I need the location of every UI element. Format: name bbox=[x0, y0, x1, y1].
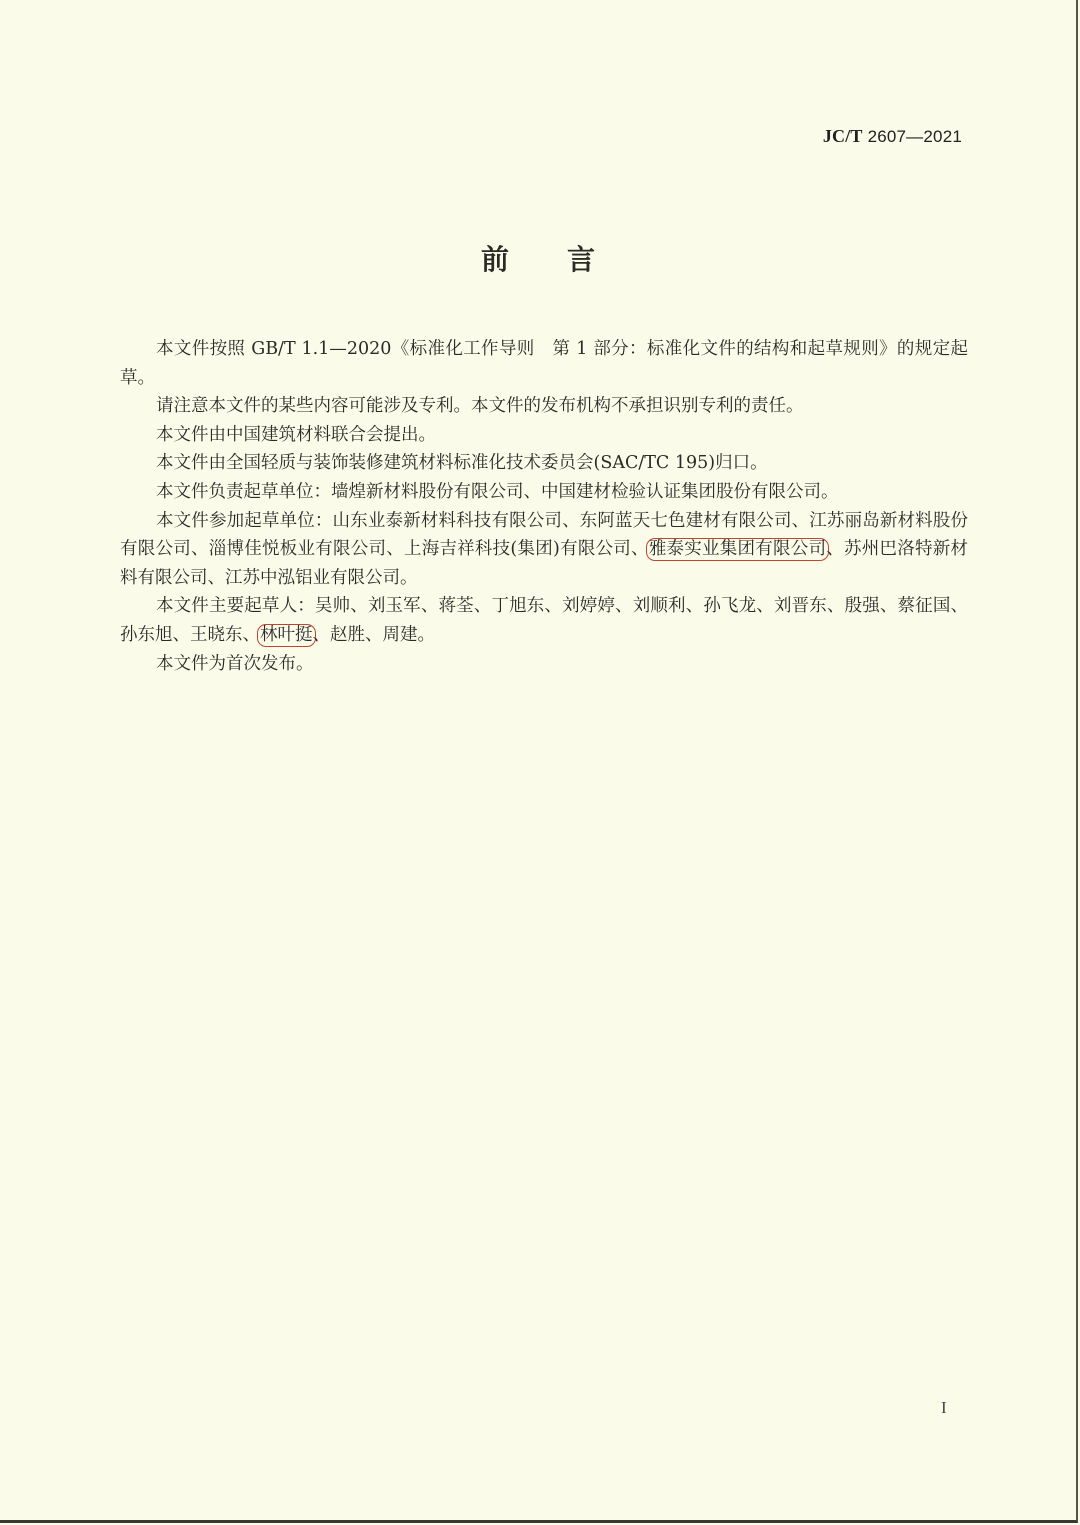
page-title: 前言 bbox=[0, 238, 1076, 278]
standard-number-value: 2607—2021 bbox=[868, 127, 962, 146]
paragraph-drafting-rules: 本文件按照 GB/T 1.1—2020《标准化工作导则 第 1 部分：标准化文件… bbox=[120, 335, 968, 392]
paragraph-participating-drafters: 本文件参加起草单位：山东业泰新材料科技有限公司、东阿蓝天七色建材有限公司、江苏丽… bbox=[120, 507, 968, 593]
highlighted-drafter: 林叶挺 bbox=[257, 624, 316, 647]
document-page: JC/T 2607—2021 前言 本文件按照 GB/T 1.1—2020《标准… bbox=[0, 0, 1078, 1523]
standard-code: JC/T bbox=[823, 126, 863, 146]
paragraph-proposer: 本文件由中国建筑材料联合会提出。 bbox=[120, 421, 968, 450]
highlighted-company: 雅泰实业集团有限公司 bbox=[646, 538, 829, 561]
title-char-2: 言 bbox=[567, 238, 595, 278]
paragraph-main-drafters: 本文件主要起草人：吴帅、刘玉军、蒋荃、丁旭东、刘婷婷、刘顺利、孙飞龙、刘晋东、殷… bbox=[120, 592, 968, 649]
paragraph-committee: 本文件由全国轻质与装饰装修建筑材料标准化技术委员会(SAC/TC 195)归口。 bbox=[120, 449, 968, 478]
paragraph-lead-drafters: 本文件负责起草单位：墙煌新材料股份有限公司、中国建材检验认证集团股份有限公司。 bbox=[120, 478, 968, 507]
page-number: I bbox=[941, 1398, 947, 1418]
standard-number: JC/T 2607—2021 bbox=[823, 126, 962, 147]
paragraph-patent-notice: 请注意本文件的某些内容可能涉及专利。本文件的发布机构不承担识别专利的责任。 bbox=[120, 392, 968, 421]
drafters-before: 本文件主要起草人：吴帅、刘玉军、蒋荃、丁旭东、刘婷婷、刘顺利、孙飞龙、刘晋东、殷… bbox=[120, 596, 968, 645]
title-char-1: 前 bbox=[481, 238, 509, 278]
paragraph-first-release: 本文件为首次发布。 bbox=[120, 650, 968, 679]
drafters-after: 、赵胜、周建。 bbox=[313, 625, 436, 645]
foreword-body: 本文件按照 GB/T 1.1—2020《标准化工作导则 第 1 部分：标准化文件… bbox=[120, 335, 968, 678]
